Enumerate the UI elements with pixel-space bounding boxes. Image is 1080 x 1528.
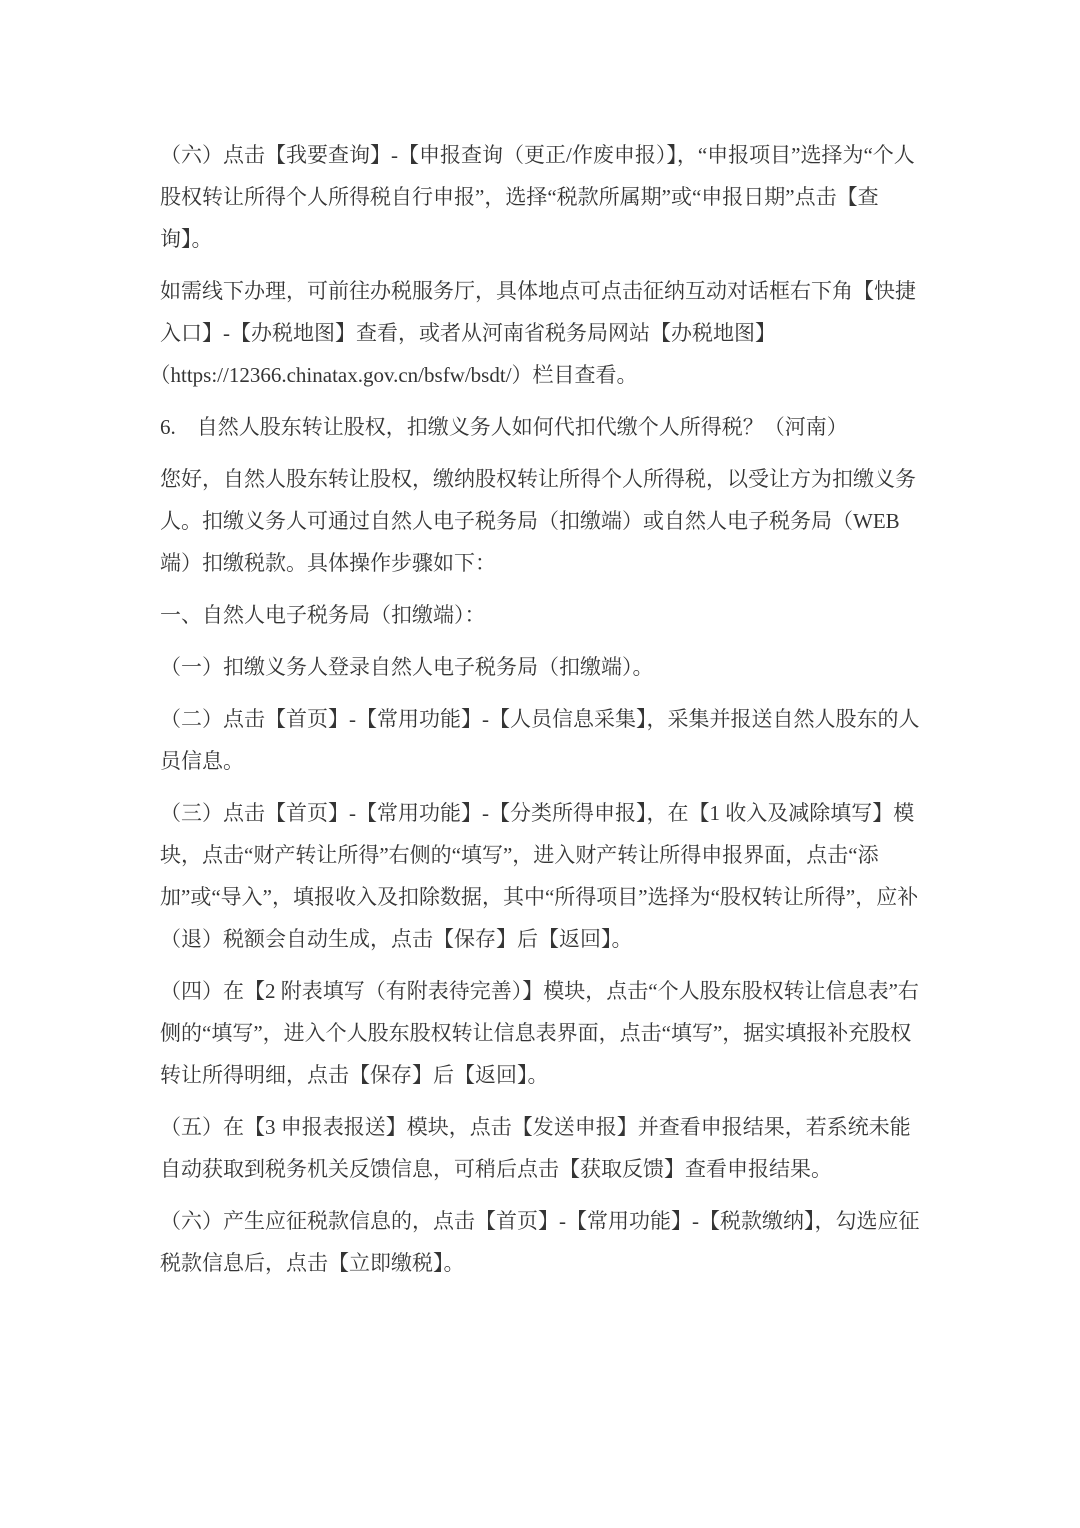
tax-map-url-text: （https://12366.chinatax.gov.cn/bsfw/bsdt… — [160, 363, 533, 387]
step-2-paragraph: （二）点击【首页】-【常用功能】-【人员信息采集】，采集并报送自然人股东的人员信… — [160, 698, 922, 782]
question-6-heading: 6. 自然人股东转让股权，扣缴义务人如何代扣代缴个人所得税？（河南） — [160, 406, 922, 448]
paragraph-step6-query: （六）点击【我要查询】-【申报查询（更正/作废申报）】，“申报项目”选择为“个人… — [160, 134, 922, 260]
step-6-paragraph: （六）产生应征税款信息的，点击【首页】-【常用功能】-【税款缴纳】，勾选应征税款… — [160, 1200, 922, 1284]
document-text-block: （六）点击【我要查询】-【申报查询（更正/作废申报）】，“申报项目”选择为“个人… — [160, 134, 922, 1294]
step-1-paragraph: （一）扣缴义务人登录自然人电子税务局（扣缴端）。 — [160, 646, 922, 688]
answer-intro-paragraph: 您好，自然人股东转让股权，缴纳股权转让所得个人所得税，以受让方为扣缴义务人。扣缴… — [160, 458, 922, 584]
offline-info-tail-text: 栏目查看。 — [533, 363, 638, 387]
offline-info-text: 如需线下办理，可前往办税服务厅，具体地点可点击征纳互动对话框右下角【快捷入口】-… — [160, 279, 916, 345]
step-4-paragraph: （四）在【2 附表填写（有附表待完善）】模块，点击“个人股东股权转让信息表”右侧… — [160, 970, 922, 1096]
step-3-paragraph: （三）点击【首页】-【常用功能】-【分类所得申报】，在【1 收入及减除填写】模块… — [160, 792, 922, 960]
document-page: （六）点击【我要查询】-【申报查询（更正/作废申报）】，“申报项目”选择为“个人… — [0, 0, 1080, 1528]
step-5-paragraph: （五）在【3 申报表报送】模块，点击【发送申报】并查看申报结果，若系统未能自动获… — [160, 1106, 922, 1190]
paragraph-offline-info: 如需线下办理，可前往办税服务厅，具体地点可点击征纳互动对话框右下角【快捷入口】-… — [160, 270, 922, 396]
section-1-heading: 一、自然人电子税务局（扣缴端）： — [160, 594, 922, 636]
